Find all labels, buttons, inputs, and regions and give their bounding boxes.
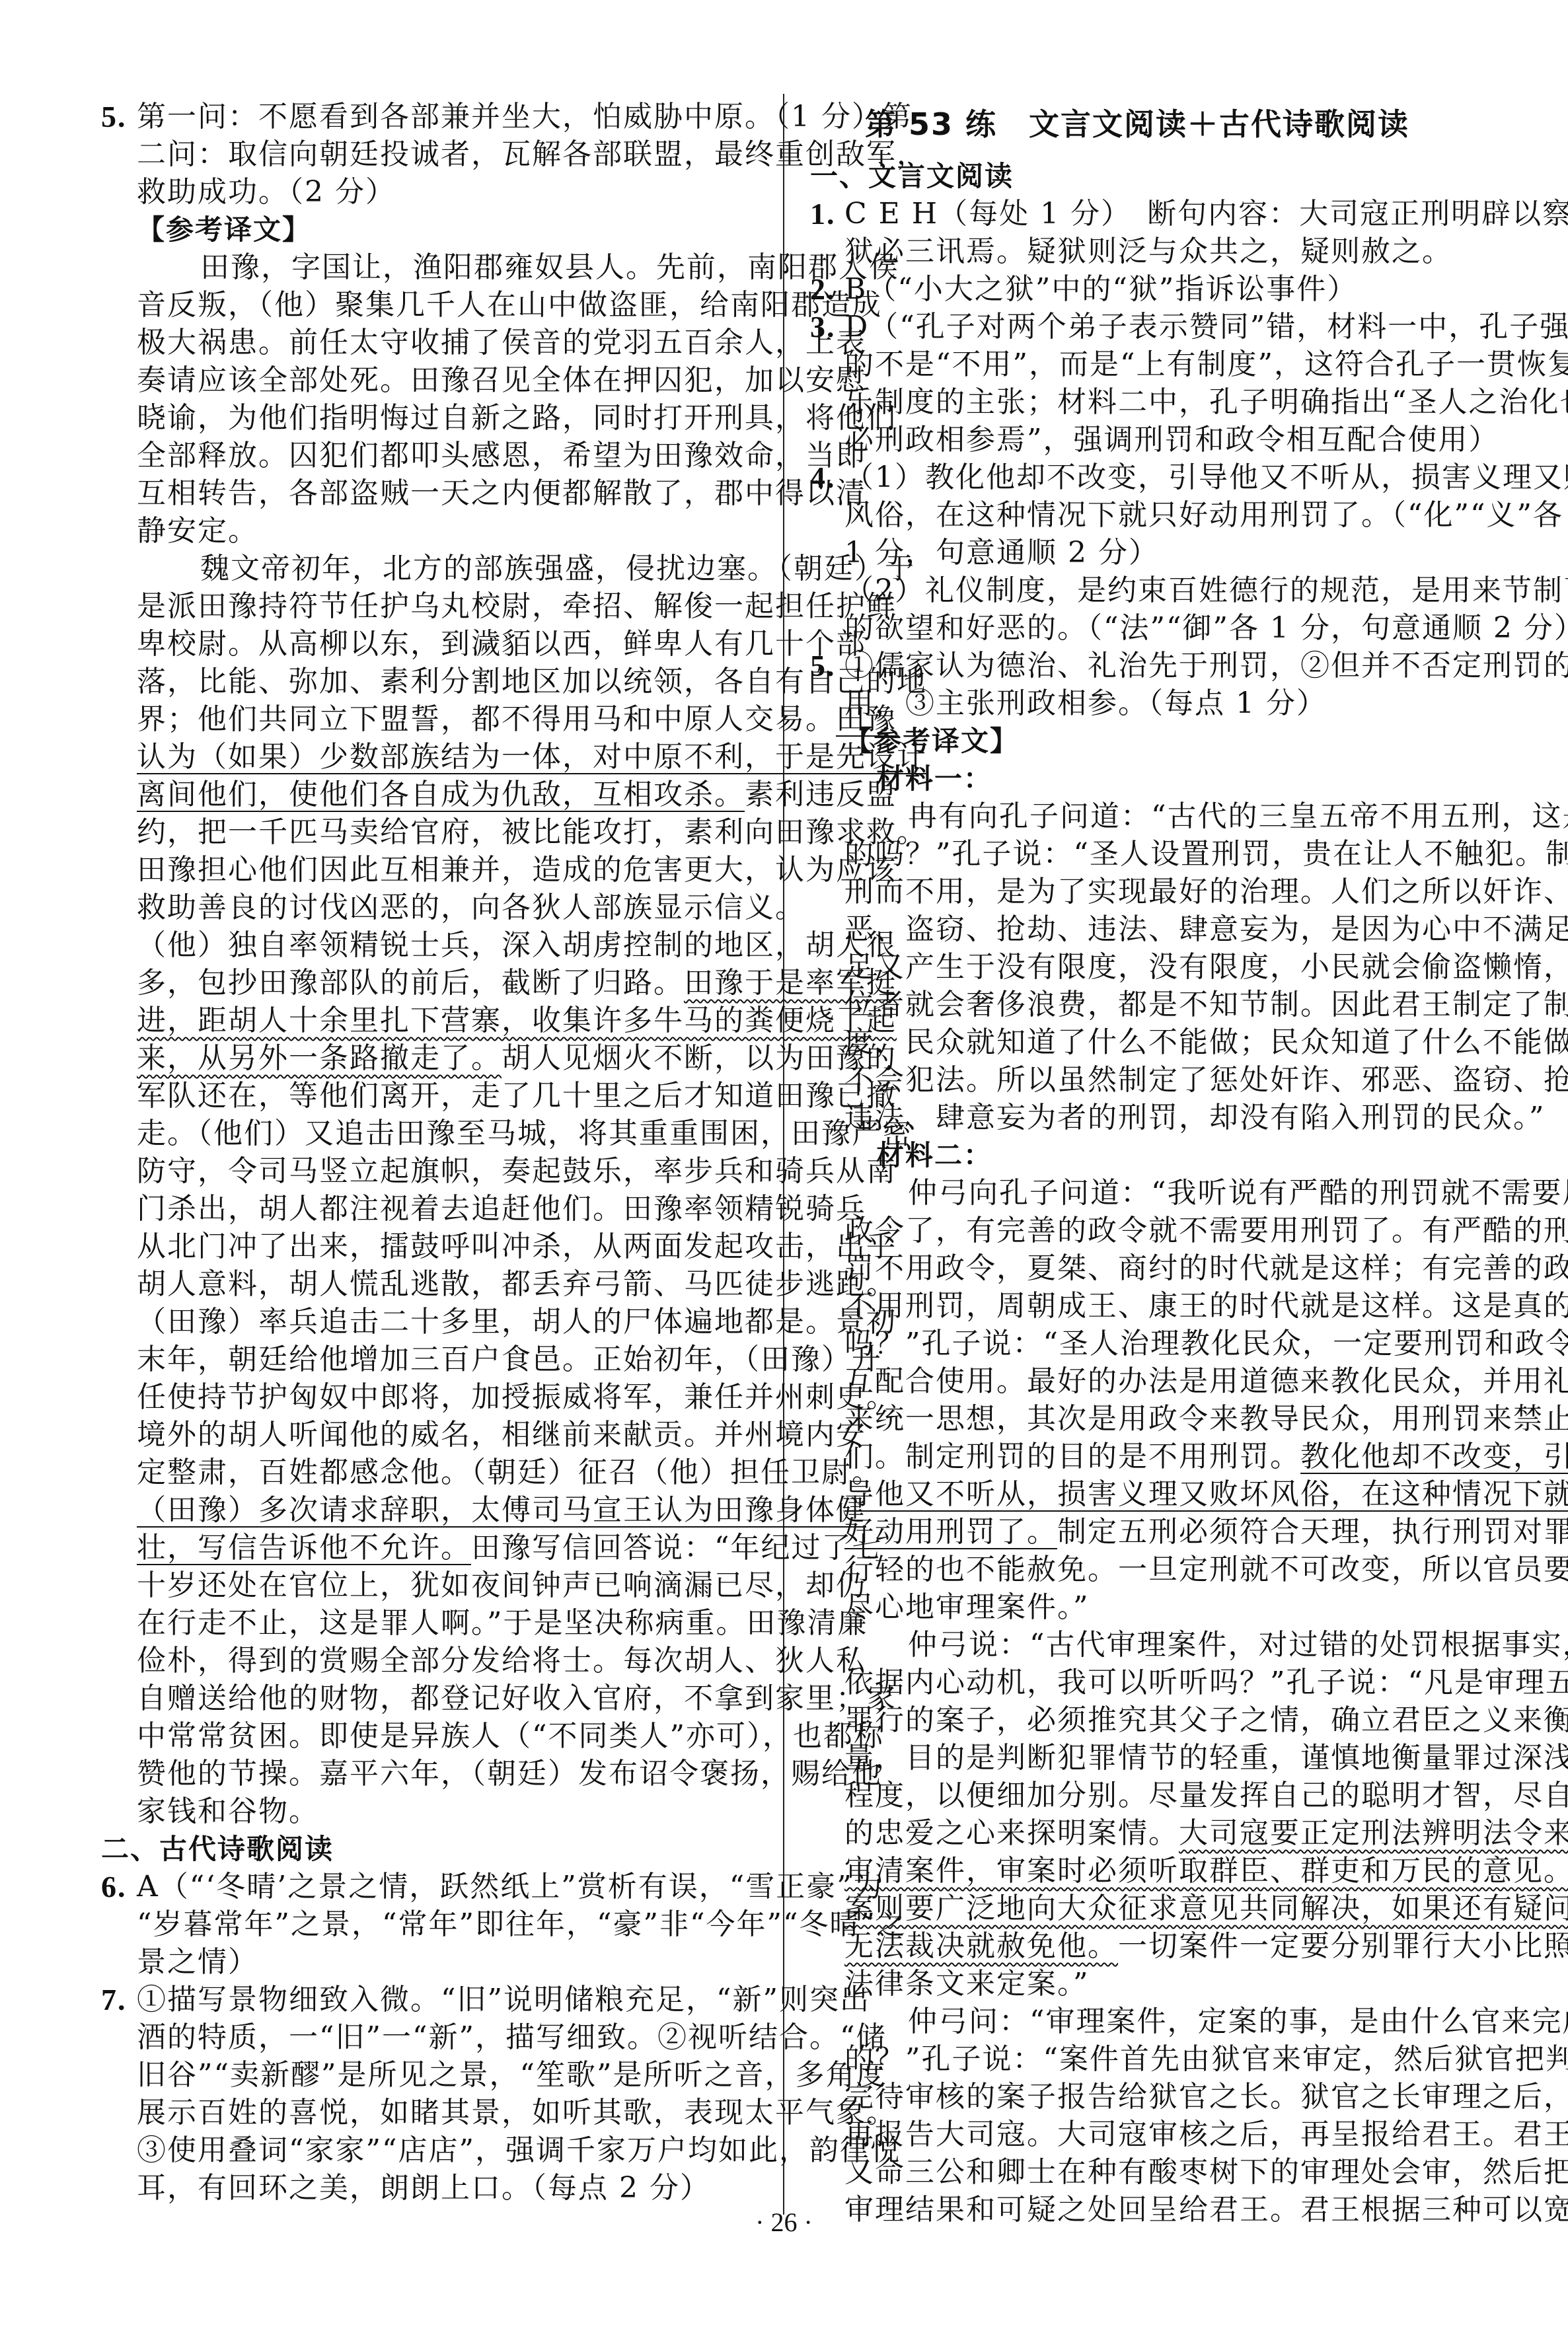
item-number: 4.	[810, 459, 836, 496]
text-segment: 防守，令司马竖立起旗帜，奏起鼓乐，率步兵和骑兵从南	[137, 1154, 897, 1188]
line-text: 无法裁决就赦免他。一切案件一定要分别罪行大小比照	[844, 1927, 1568, 1965]
text-segment: 互配合使用。最好的办法是用道德来教化民众，并用礼	[844, 1364, 1568, 1398]
text-segment: 违法、肆意妄为者的刑罚，却没有陷入刑罚的民众。”	[844, 1101, 1546, 1134]
line-text: 的忠爱之心来探明案情。大司寇要正定刑法辨明法令来	[844, 1814, 1568, 1852]
line-text: 展示百姓的喜悦，如睹其景，如听其歌，表现太平气象。	[137, 2094, 897, 2131]
translation-text: 田豫，字国让，渔阳郡雍奴县人。先前，南阳郡人侯音反叛，（他）聚集几千人在山中做盗…	[101, 248, 775, 1830]
line-text: 政令了，有完善的政令就不需要用刑罚了。有严酷的刑	[844, 1212, 1568, 1249]
practice-title: 第 53 练 文言文阅读＋古代诗歌阅读	[810, 98, 1464, 157]
page-number: · 26 ·	[0, 2207, 1568, 2238]
text-line: “岁暮常年”之景，“常年”即往年，“豪”非“今年”“冬晴”之	[101, 1905, 775, 1943]
line-text: 的欲望和好恶的。（“法”“御”各 1 分，句意通顺 2 分）	[844, 609, 1568, 647]
underlined-text: 导他又不听从，损害义理又败坏风俗，在这种情况下就只	[844, 1477, 1568, 1511]
material-1-label: 材料一：	[810, 760, 1464, 797]
text-line: 们。制定刑罚的目的是不用刑罚。教化他却不改变，引	[810, 1438, 1464, 1475]
text-line: 旧谷”“卖新醪”是所见之景，“笙歌”是所听之音，多角度	[101, 2056, 775, 2094]
text-line: 的吗？”孔子说：“圣人设置刑罚，贵在让人不触犯。制定五	[810, 835, 1464, 873]
answer-item-5: 5.第一问：不愿看到各部兼并坐大，怕威胁中原。（1 分）第二问：取信向朝廷投诚者…	[101, 98, 775, 211]
text-segment: 走。（他们）又追击田豫至马城，将其重重围困，田豫严密	[137, 1117, 913, 1150]
text-line: 仲弓问：“审理案件，定案的事，是由什么官来完成	[810, 2003, 1464, 2040]
text-segment: 定整肃，百姓都感念他。（朝廷）征召（他）担任卫尉。	[137, 1456, 882, 1489]
text-line: 互配合使用。最好的办法是用道德来教化民众，并用礼	[810, 1362, 1464, 1400]
text-line: 景之情）	[101, 1943, 775, 1981]
text-line: ③使用叠词“家家”“店店”，强调千家万户均如此，韵律悦	[101, 2131, 775, 2169]
line-text: ①描写景物细致入微。“旧”说明储粮充足，“新”则突出	[137, 1981, 870, 2018]
text-line: 是派田豫持符节任护乌丸校尉，牵招、解俊一起担任护鲜	[101, 587, 775, 625]
text-line: 程度，以便细加分别。尽量发挥自己的聪明才智，尽自己	[810, 1777, 1464, 1814]
text-line: 必刑政相参焉”，强调刑罚和政令相互配合使用）	[810, 421, 1464, 459]
underlined-text: （田豫）多次请求辞职，太傅司马宣王认为田豫身体健	[137, 1493, 866, 1527]
line-text: （1）教化他却不改变，引导他又不听从，损害义理又败坏	[844, 459, 1568, 496]
text-line: 法律条文来定案。”	[810, 1965, 1464, 2003]
text-line: 耳，有回环之美，朗朗上口。（每点 2 分）	[101, 2169, 775, 2207]
text-line: 1 分，句意通顺 2 分）	[810, 534, 1464, 572]
line-text: 进，距胡人十余里扎下营寨，收集许多牛马的粪便烧了起	[137, 1002, 897, 1039]
text-segment: 救助善良的讨伐凶恶的，向各狄人部族显示信义。	[137, 891, 805, 924]
text-line: 量，目的是判断犯罪情节的轻重，谨慎地衡量罪过深浅的	[810, 1739, 1464, 1777]
text-segment: 田豫，字国让，渔阳郡雍奴县人。先前，南阳郡人侯	[200, 250, 899, 284]
line-text: 不用刑罚，周朝成王、康王的时代就是这样。这是真的	[844, 1287, 1568, 1325]
line-text: 必刑政相参焉”，强调刑罚和政令相互配合使用）	[844, 421, 1499, 459]
text-line: 卑校尉。从高柳以东，到濊貊以西，鲜卑人有几十个部	[101, 625, 775, 663]
text-line: 任使持节护匈奴中郎将，加授振威将军，兼任并州刺史。	[101, 1378, 775, 1416]
text-line: 防守，令司马竖立起旗帜，奏起鼓乐，率步兵和骑兵从南	[101, 1152, 775, 1190]
text-segment: 程度，以便细加分别。尽量发挥自己的聪明才智，尽自己	[844, 1779, 1568, 1812]
item-number: 5.	[101, 98, 127, 135]
text-segment: 家钱和谷物。	[137, 1794, 319, 1828]
text-line: 度，民众就知道了什么不能做；民众知道了什么不能做就	[810, 1023, 1464, 1061]
text-segment: 是派田豫持符节任护乌丸校尉，牵招、解俊一起担任护鲜	[137, 589, 897, 623]
line-text: 定整肃，百姓都感念他。（朝廷）征召（他）担任卫尉。	[137, 1454, 882, 1491]
text-line: 落，比能、弥加、素利分割地区加以统领，各自有自己的地	[101, 663, 775, 700]
line-text: 十岁还处在官位上，犹如夜间钟声已响滴漏已尽，却仍	[137, 1567, 866, 1604]
line-text: 法律条文来定案。”	[844, 1965, 1090, 2003]
text-line: 仲弓向孔子问道：“我听说有严酷的刑罚就不需要用	[810, 1174, 1464, 1212]
text-segment: 仲弓向孔子问道：“我听说有严酷的刑罚就不需要用	[908, 1176, 1568, 1210]
text-line: 再报告大司寇。大司寇审核之后，再呈报给君王。君王	[810, 2116, 1464, 2153]
line-text: 尽心地审理案件。”	[844, 1588, 1090, 1626]
text-line: 仲弓说：“古代审理案件，对过错的处罚根据事实，不	[810, 1626, 1464, 1664]
text-segment: （田豫）率兵追击二十多里，胡人的尸体遍地都是。景初	[137, 1305, 897, 1339]
text-line: 来，从另外一条路撤走了。胡人见烟火不断，以为田豫的	[101, 1039, 775, 1077]
text-segment: 冉有向孔子问道：“古代的三皇五帝不用五刑，这是真	[908, 799, 1568, 833]
text-line: 家钱和谷物。	[101, 1792, 775, 1830]
text-line: 足又产生于没有限度，没有限度，小民就会偷盗懒惰，在上	[810, 948, 1464, 986]
wavy-underlined-text: 进，距胡人十余里扎下营寨，收集许多牛马的粪便烧了起	[137, 1004, 897, 1037]
text-line: 风俗，在这种情况下就只好动用刑罚了。（“化”“义”各	[810, 496, 1464, 534]
text-segment: 不用刑罚，周朝成王、康王的时代就是这样。这是真的	[844, 1289, 1568, 1323]
text-segment: 极大祸患。前任太守收捕了侯音的党羽五百余人，上表	[137, 326, 866, 359]
text-line: 位者就会奢侈浪费，都是不知节制。因此君王制定了制	[810, 986, 1464, 1023]
text-line: 魏文帝初年，北方的部族强盛，侵扰边塞。（朝廷）于	[101, 550, 775, 587]
line-text: 仲弓向孔子问道：“我听说有严酷的刑罚就不需要用	[908, 1174, 1568, 1212]
line-text: 的不是“不用”，而是“上有制度”，这符合孔子一贯恢复礼	[844, 346, 1568, 383]
text-segment: 度，民众就知道了什么不能做；民众知道了什么不能做就	[844, 1025, 1568, 1059]
text-segment: 任使持节护匈奴中郎将，加授振威将军，兼任并州刺史。	[137, 1380, 897, 1414]
text-line: 静安定。	[101, 512, 775, 550]
text-segment: 静安定。	[137, 514, 258, 548]
line-text: 静安定。	[137, 512, 258, 550]
line-text: 违法、肆意妄为者的刑罚，却没有陷入刑罚的民众。”	[844, 1099, 1546, 1136]
line-text: 风俗，在这种情况下就只好动用刑罚了。（“化”“义”各	[844, 496, 1563, 534]
line-text: 第一问：不愿看到各部兼并坐大，怕威胁中原。（1 分）第	[137, 98, 913, 135]
text-segment: 末年，朝廷给他增加三百户食邑。正始初年，（田豫）升	[137, 1343, 882, 1376]
text-line: 境外的胡人听闻他的威名，相继前来献贡。并州境内安	[101, 1416, 775, 1454]
text-segment: 依据内心动机，我可以听听吗？”孔子说：“凡是审理五种	[844, 1666, 1568, 1699]
text-line: 用，③主张刑政相参。（每点 1 分）	[810, 684, 1464, 722]
text-line: 音反叛，（他）聚集几千人在山中做盗匪，给南阳郡造成	[101, 286, 775, 324]
line-text: C E H（每处 1 分） 断句内容：大司寇正刑明辟以察狱，	[844, 195, 1568, 233]
text-line: 无法裁决就赦免他。一切案件一定要分别罪行大小比照	[810, 1927, 1464, 1965]
text-line: 俭朴，得到的赏赐全部分发给将士。每次胡人、狄人私	[101, 1642, 775, 1679]
text-segment: 罪行的案子，必须推究其父子之情，确立君臣之义来衡	[844, 1703, 1568, 1737]
line-text: ①儒家认为德治、礼治先于刑罚，②但并不否定刑罚的作	[844, 647, 1568, 684]
text-line: 行轻的也不能赦免。一旦定刑就不可改变，所以官员要	[810, 1551, 1464, 1588]
text-segment: 赞他的节操。嘉平六年，（朝廷）发布诏令褒扬，赐给他	[137, 1757, 882, 1790]
material-2-label: 材料二：	[810, 1136, 1464, 1174]
text-segment: 又命三公和卿士在种有酸枣树下的审理处会审，然后把	[844, 2155, 1568, 2189]
line-text: 旧谷”“卖新醪”是所见之景，“笙歌”是所听之音，多角度	[137, 2056, 886, 2094]
line-text: 狱必三讯焉。疑狱则泛与众共之，疑则赦之。	[844, 233, 1452, 270]
line-text: 全部释放。囚犯们都叩头感恩，希望为田豫效命，当即	[137, 437, 866, 474]
underlined-text: 好动用刑罚了。	[844, 1515, 1057, 1549]
text-line: 在行走不止，这是罪人啊。”于是坚决称病重。田豫清廉	[101, 1604, 775, 1642]
text-line: 壮，写信告诉他不允许。田豫写信回答说：“年纪过了七	[101, 1529, 775, 1567]
line-text: 中常常贫困。即使是异族人（“不同类人”亦可），也都称	[137, 1717, 884, 1755]
line-text: 卑校尉。从高柳以东，到濊貊以西，鲜卑人有几十个部	[137, 625, 866, 663]
line-text: 走。（他们）又追击田豫至马城，将其重重围困，田豫严密	[137, 1115, 913, 1152]
text-line: 狱必三讯焉。疑狱则泛与众共之，疑则赦之。	[810, 233, 1464, 270]
text-line: 5.第一问：不愿看到各部兼并坐大，怕威胁中原。（1 分）第	[101, 98, 775, 135]
material-1-text: 冉有向孔子问道：“古代的三皇五帝不用五刑，这是真的吗？”孔子说：“圣人设置刑罚，…	[810, 797, 1464, 1136]
text-line: 违法、肆意妄为者的刑罚，却没有陷入刑罚的民众。”	[810, 1099, 1464, 1136]
text-line: 救助成功。（2 分）	[101, 173, 775, 211]
text-segment: 恶、盗窃、抢劫、违法、肆意妄为，是因为心中不满足。不满	[844, 912, 1568, 946]
wavy-underlined-text: 无法裁决就赦免他。	[844, 1929, 1118, 1963]
text-segment: 门杀出，胡人都注视着去追赶他们。田豫率领精锐骑兵	[137, 1192, 866, 1226]
line-text: 多，包抄田豫部队的前后，截断了归路。田豫于是率军挺	[137, 964, 897, 1002]
text-segment: 军队还在，等他们离开，走了几十里之后才知道田豫已撤	[137, 1079, 897, 1113]
line-text: 耳，有回环之美，朗朗上口。（每点 2 分）	[137, 2169, 710, 2207]
answer-item-6: 6.A（“‘冬晴’之景之情，跃然纸上”赏析有误，“雪正豪”为“岁暮常年”之景，“…	[101, 1868, 775, 1981]
text-line: 完待审核的案子报告给狱官之长。狱官之长审理之后，	[810, 2078, 1464, 2116]
text-line: 胡人意料，胡人慌乱逃散，都丢弃弓箭、马匹徒步逃跑。	[101, 1265, 775, 1303]
text-line: （2）礼仪制度，是约束百姓德行的规范，是用来节制百姓	[810, 572, 1464, 609]
text-line: 7.①描写景物细致入微。“旧”说明储粮充足，“新”则突出	[101, 1981, 775, 2018]
text-segment: 魏文帝初年，北方的部族强盛，侵扰边塞。（朝廷）于	[200, 552, 915, 585]
line-text: 不会犯法。所以虽然制定了惩处奸诈、邪恶、盗窃、抢劫、	[844, 1061, 1568, 1099]
wavy-underlined-text: 来，从另外一条路撤走了。	[137, 1041, 502, 1075]
line-text: 足又产生于没有限度，没有限度，小民就会偷盗懒惰，在上	[844, 948, 1568, 986]
item-number: 5.	[810, 647, 836, 684]
line-text: 完待审核的案子报告给狱官之长。狱官之长审理之后，	[844, 2078, 1568, 2116]
line-text: 从北门冲了出来，擂鼓呼叫冲杀，从两面发起攻击，出乎	[137, 1228, 897, 1265]
line-text: 刑而不用，是为了实现最好的治理。人们之所以奸诈、邪	[844, 873, 1568, 910]
text-line: 酒的特质，一“旧”一“新”，描写细致。②视听结合。“储	[101, 2018, 775, 2056]
line-text: 落，比能、弥加、素利分割地区加以统领，各自有自己的地	[137, 663, 927, 700]
left-column: 5.第一问：不愿看到各部兼并坐大，怕威胁中原。（1 分）第二问：取信向朝廷投诚者…	[101, 98, 775, 2207]
line-text: B（“小大之狱”中的“狱”指诉讼事件）	[844, 270, 1357, 308]
text-line: 进，距胡人十余里扎下营寨，收集许多牛马的粪便烧了起	[101, 1002, 775, 1039]
item-number: 6.	[101, 1868, 127, 1905]
text-line: 二问：取信向朝廷投诚者，瓦解各部联盟，最终重创敌军，	[101, 135, 775, 173]
line-text: D（“孔子对两个弟子表示赞同”错，材料一中，孔子强调	[844, 308, 1568, 346]
line-text: 冉有向孔子问道：“古代的三皇五帝不用五刑，这是真	[908, 797, 1568, 835]
line-text: 胡人意料，胡人慌乱逃散，都丢弃弓箭、马匹徒步逃跑。	[137, 1265, 897, 1303]
line-text: 家钱和谷物。	[137, 1792, 319, 1830]
line-text: （田豫）率兵追击二十多里，胡人的尸体遍地都是。景初	[137, 1303, 897, 1341]
text-segment: 境外的胡人听闻他的威名，相继前来献贡。并州境内安	[137, 1418, 866, 1452]
line-text: 任使持节护匈奴中郎将，加授振威将军，兼任并州刺史。	[137, 1378, 897, 1416]
text-segment: 十岁还处在官位上，犹如夜间钟声已响滴漏已尽，却仍	[137, 1568, 866, 1602]
line-text: （2）礼仪制度，是约束百姓德行的规范，是用来节制百姓	[844, 572, 1568, 609]
text-segment: 的？”孔子说：“案件首先由狱官来审定，然后狱官把判决	[844, 2042, 1568, 2076]
line-text: ③使用叠词“家家”“店店”，强调千家万户均如此，韵律悦	[137, 2131, 901, 2169]
text-line: 3.D（“孔子对两个弟子表示赞同”错，材料一中，孔子强调	[810, 308, 1464, 346]
line-text: 境外的胡人听闻他的威名，相继前来献贡。并州境内安	[137, 1416, 866, 1454]
underlined-text: 离间他们，使他们各自成为仇敌，互相攻杀。	[137, 778, 745, 811]
line-text: 酒的特质，一“旧”一“新”，描写细致。②视听结合。“储	[137, 2018, 886, 2056]
line-text: 导他又不听从，损害义理又败坏风俗，在这种情况下就只	[844, 1475, 1568, 1513]
text-line: （田豫）多次请求辞职，太傅司马宣王认为田豫身体健	[101, 1491, 775, 1529]
text-line: 恶、盗窃、抢劫、违法、肆意妄为，是因为心中不满足。不满	[810, 910, 1464, 948]
text-line: （他）独自率领精锐士兵，深入胡虏控制的地区，胡人很	[101, 926, 775, 964]
text-line: 多，包抄田豫部队的前后，截断了归路。田豫于是率军挺	[101, 964, 775, 1002]
text-segment: 仲弓说：“古代审理案件，对过错的处罚根据事实，不	[908, 1628, 1568, 1662]
line-text: 俭朴，得到的赏赐全部分发给将士。每次胡人、狄人私	[137, 1642, 866, 1679]
text-segment: 自赠送给他的财物，都登记好收入官府，不拿到家里；家	[137, 1681, 897, 1715]
text-line: 赞他的节操。嘉平六年，（朝廷）发布诏令褒扬，赐给他	[101, 1755, 775, 1792]
text-segment: 法律条文来定案。”	[844, 1967, 1090, 2001]
text-line: 乐制度的主张；材料二中，孔子明确指出“圣人之治化也，	[810, 383, 1464, 421]
line-text: 互配合使用。最好的办法是用道德来教化民众，并用礼	[844, 1362, 1568, 1400]
text-line: 军队还在，等他们离开，走了几十里之后才知道田豫已撤	[101, 1077, 775, 1115]
answer-item-2: 2.B（“小大之狱”中的“狱”指诉讼事件）	[810, 270, 1464, 308]
material-2-text: 仲弓向孔子问道：“我听说有严酷的刑罚就不需要用政令了，有完善的政令就不需要用刑罚…	[810, 1174, 1464, 2229]
answer-key-page: 5.第一问：不愿看到各部兼并坐大，怕威胁中原。（1 分）第二问：取信向朝廷投诚者…	[0, 0, 1568, 2325]
text-line: 1.C E H（每处 1 分） 断句内容：大司寇正刑明辟以察狱，	[810, 195, 1464, 233]
line-text: 防守，令司马竖立起旗帜，奏起鼓乐，率步兵和骑兵从南	[137, 1152, 897, 1190]
text-segment: 完待审核的案子报告给狱官之长。狱官之长审理之后，	[844, 2080, 1568, 2114]
text-line: 全部释放。囚犯们都叩头感恩，希望为田豫效命，当即	[101, 437, 775, 474]
text-line: 罪行的案子，必须推究其父子之情，确立君臣之义来衡	[810, 1701, 1464, 1739]
text-segment: 再报告大司寇。大司寇审核之后，再呈报给君王。君王	[844, 2118, 1568, 2151]
text-segment: 卑校尉。从高柳以东，到濊貊以西，鲜卑人有几十个部	[137, 627, 866, 661]
text-segment: 刑而不用，是为了实现最好的治理。人们之所以奸诈、邪	[844, 875, 1568, 908]
line-text: 界；他们共同立下盟誓，都不得用马和中原人交易。田豫	[137, 700, 897, 738]
text-line: 认为（如果）少数部族结为一体，对中原不利，于是先设计	[101, 738, 775, 776]
line-text: 再报告大司寇。大司寇审核之后，再呈报给君王。君王	[844, 2116, 1568, 2153]
underlined-text: 教化他却不改变，引	[1300, 1440, 1568, 1473]
text-segment: 约，把一千匹马卖给官府，被比能攻打，素利向田豫求救。	[137, 815, 927, 849]
text-line: 的？”孔子说：“案件首先由狱官来审定，然后狱官把判决	[810, 2040, 1464, 2078]
underlined-text: 壮，写信告诉他不允许。	[137, 1531, 471, 1565]
line-text: 景之情）	[137, 1943, 258, 1981]
text-line: 约，把一千匹马卖给官府，被比能攻打，素利向田豫求救。	[101, 813, 775, 851]
text-line: 自赠送给他的财物，都登记好收入官府，不拿到家里；家	[101, 1679, 775, 1717]
line-text: （他）独自率领精锐士兵，深入胡虏控制的地区，胡人很	[137, 926, 897, 964]
answer-item-3: 3.D（“孔子对两个弟子表示赞同”错，材料一中，孔子强调的不是“不用”，而是“上…	[810, 308, 1464, 459]
text-line: 离间他们，使他们各自成为仇敌，互相攻杀。素利违反盟	[101, 776, 775, 813]
line-text: 军队还在，等他们离开，走了几十里之后才知道田豫已撤	[137, 1077, 897, 1115]
text-line: 不用刑罚，周朝成王、康王的时代就是这样。这是真的	[810, 1287, 1464, 1325]
wavy-underlined-text: 案则要广泛地向大众征求意见共同解决，如果还有疑问	[844, 1892, 1568, 1925]
line-text: 田豫，字国让，渔阳郡雍奴县人。先前，南阳郡人侯	[200, 248, 899, 286]
text-line: 的不是“不用”，而是“上有制度”，这符合孔子一贯恢复礼	[810, 346, 1464, 383]
answer-item-7: 7.①描写景物细致入微。“旧”说明储粮充足，“新”则突出酒的特质，一“旧”一“新…	[101, 1981, 775, 2207]
text-segment: 政令了，有完善的政令就不需要用刑罚了。有严酷的刑	[844, 1214, 1568, 1247]
text-line: 政令了，有完善的政令就不需要用刑罚了。有严酷的刑	[810, 1212, 1464, 1249]
text-line: 审清案件，审案时必须听取群臣、群吏和万民的意见。疑	[810, 1852, 1464, 1890]
text-line: 不会犯法。所以虽然制定了惩处奸诈、邪恶、盗窃、抢劫、	[810, 1061, 1464, 1099]
text-segment: 位者就会奢侈浪费，都是不知节制。因此君王制定了制	[844, 988, 1568, 1021]
line-text: 度，民众就知道了什么不能做；民众知道了什么不能做就	[844, 1023, 1568, 1061]
line-text: 奏请应该全部处死。田豫召见全体在押囚犯，加以安慰	[137, 361, 866, 399]
text-segment: 行轻的也不能赦免。一旦定刑就不可改变，所以官员要	[844, 1553, 1568, 1586]
line-text: 恶、盗窃、抢劫、违法、肆意妄为，是因为心中不满足。不满	[844, 910, 1568, 948]
line-text: 1 分，句意通顺 2 分）	[844, 534, 1159, 572]
text-line: 的忠爱之心来探明案情。大司寇要正定刑法辨明法令来	[810, 1814, 1464, 1852]
text-segment: （他）独自率领精锐士兵，深入胡虏控制的地区，胡人很	[137, 928, 897, 962]
text-line: 末年，朝廷给他增加三百户食邑。正始初年，（田豫）升	[101, 1341, 775, 1378]
text-segment: 来统一思想，其次是用政令来教导民众，用刑罚来禁止他	[844, 1402, 1568, 1436]
text-segment: 俭朴，得到的赏赐全部分发给将士。每次胡人、狄人私	[137, 1644, 866, 1678]
line-text: 救助善良的讨伐凶恶的，向各狄人部族显示信义。	[137, 889, 805, 926]
text-line: 展示百姓的喜悦，如睹其景，如听其歌，表现太平气象。	[101, 2094, 775, 2131]
text-line: 奏请应该全部处死。田豫召见全体在押囚犯，加以安慰	[101, 361, 775, 399]
text-segment: 不会犯法。所以虽然制定了惩处奸诈、邪恶、盗窃、抢劫、	[844, 1063, 1568, 1097]
line-text: 救助成功。（2 分）	[137, 173, 396, 211]
section-heading-poetry: 二、古代诗歌阅读	[101, 1830, 775, 1868]
line-text: 二问：取信向朝廷投诚者，瓦解各部联盟，最终重创敌军，	[137, 135, 927, 173]
text-line: 吗？”孔子说：“圣人治理教化民众，一定要刑罚和政令相	[810, 1325, 1464, 1362]
line-text: 自赠送给他的财物，都登记好收入官府，不拿到家里；家	[137, 1679, 897, 1717]
text-segment: 田豫担心他们因此互相兼并，造成的危害更大，认为应该	[137, 853, 897, 887]
line-text: 田豫担心他们因此互相兼并，造成的危害更大，认为应该	[137, 851, 897, 889]
line-text: 位者就会奢侈浪费，都是不知节制。因此君王制定了制	[844, 986, 1568, 1023]
line-text: 魏文帝初年，北方的部族强盛，侵扰边塞。（朝廷）于	[200, 550, 915, 587]
text-line: 中常常贫困。即使是异族人（“不同类人”亦可），也都称	[101, 1717, 775, 1755]
text-line: 互相转告，各部盗贼一天之内便都解散了，郡中得以清	[101, 474, 775, 512]
text-line: 又命三公和卿士在种有酸枣树下的审理处会审，然后把	[810, 2153, 1464, 2191]
text-line: 4.（1）教化他却不改变，引导他又不听从，损害义理又败坏	[810, 459, 1464, 496]
line-text: 互相转告，各部盗贼一天之内便都解散了，郡中得以清	[137, 474, 866, 512]
line-text: 好动用刑罚了。制定五刑必须符合天理，执行刑罚对罪	[844, 1513, 1568, 1551]
text-line: 导他又不听从，损害义理又败坏风俗，在这种情况下就只	[810, 1475, 1464, 1513]
line-text: 们。制定刑罚的目的是不用刑罚。教化他却不改变，引	[844, 1438, 1568, 1475]
text-segment: 界；他们共同立下盟誓，都不得用马和中原人交易。	[137, 702, 836, 736]
section-heading-classical-chinese: 一、文言文阅读	[810, 157, 1464, 195]
text-segment: 仲弓问：“审理案件，定案的事，是由什么官来完成	[908, 2005, 1568, 2038]
text-line: 晓谕，为他们指明悔过自新之路，同时打开刑具，将他们	[101, 399, 775, 437]
text-line: 定整肃，百姓都感念他。（朝廷）征召（他）担任卫尉。	[101, 1454, 775, 1491]
item-number: 1.	[810, 195, 836, 233]
text-segment: 奏请应该全部处死。田豫召见全体在押囚犯，加以安慰	[137, 363, 866, 397]
text-segment: 们。制定刑罚的目的是不用刑罚。	[844, 1440, 1300, 1473]
text-line: （田豫）率兵追击二十多里，胡人的尸体遍地都是。景初	[101, 1303, 775, 1341]
text-line: 田豫担心他们因此互相兼并，造成的危害更大，认为应该	[101, 851, 775, 889]
text-line: 界；他们共同立下盟誓，都不得用马和中原人交易。田豫	[101, 700, 775, 738]
text-line: 十岁还处在官位上，犹如夜间钟声已响滴漏已尽，却仍	[101, 1567, 775, 1604]
line-text: 又命三公和卿士在种有酸枣树下的审理处会审，然后把	[844, 2153, 1568, 2191]
wavy-underlined-text: 审清案件，审案时必须听取群臣、群吏和万民的意见。疑	[844, 1854, 1568, 1888]
line-text: “岁暮常年”之景，“常年”即往年，“豪”非“今年”“冬晴”之	[137, 1905, 907, 1943]
text-segment: 晓谕，为他们指明悔过自新之路，同时打开刑具，将他们	[137, 401, 897, 435]
text-segment: 罚不用政令，夏桀、商纣的时代就是这样；有完善的政令	[844, 1251, 1568, 1285]
line-text: 来统一思想，其次是用政令来教导民众，用刑罚来禁止他	[844, 1400, 1568, 1438]
line-text: 门杀出，胡人都注视着去追赶他们。田豫率领精锐骑兵	[137, 1190, 866, 1228]
text-line: 救助善良的讨伐凶恶的，向各狄人部族显示信义。	[101, 889, 775, 926]
line-text: 壮，写信告诉他不允许。田豫写信回答说：“年纪过了七	[137, 1529, 883, 1567]
line-text: 的吗？”孔子说：“圣人设置刑罚，贵在让人不触犯。制定五	[844, 835, 1568, 873]
line-text: 行轻的也不能赦免。一旦定刑就不可改变，所以官员要	[844, 1551, 1568, 1588]
text-segment: 尽心地审理案件。”	[844, 1590, 1090, 1624]
text-segment: 多，包抄田豫部队的前后，截断了归路。	[137, 966, 684, 1000]
line-text: 吗？”孔子说：“圣人治理教化民众，一定要刑罚和政令相	[844, 1325, 1568, 1362]
text-segment: 胡人意料，胡人慌乱逃散，都丢弃弓箭、马匹徒步逃跑。	[137, 1267, 897, 1301]
item-number: 2.	[810, 270, 836, 308]
text-segment: 互相转告，各部盗贼一天之内便都解散了，郡中得以清	[137, 476, 866, 510]
line-text: 在行走不止，这是罪人啊。”于是坚决称病重。田豫清廉	[137, 1604, 868, 1642]
line-text: 乐制度的主张；材料二中，孔子明确指出“圣人之治化也，	[844, 383, 1568, 421]
text-segment: 吗？”孔子说：“圣人治理教化民众，一定要刑罚和政令相	[844, 1327, 1568, 1360]
text-segment: 制定五刑必须符合天理，执行刑罚对罪	[1057, 1515, 1568, 1549]
line-text: 晓谕，为他们指明悔过自新之路，同时打开刑具，将他们	[137, 399, 897, 437]
text-line: 田豫，字国让，渔阳郡雍奴县人。先前，南阳郡人侯	[101, 248, 775, 286]
text-line: 案则要广泛地向大众征求意见共同解决，如果还有疑问	[810, 1890, 1464, 1927]
line-text: 依据内心动机，我可以听听吗？”孔子说：“凡是审理五种	[844, 1664, 1568, 1701]
line-text: 是派田豫持符节任护乌丸校尉，牵招、解俊一起担任护鲜	[137, 587, 897, 625]
text-line: 极大祸患。前任太守收捕了侯音的党羽五百余人，上表	[101, 324, 775, 361]
line-text: 音反叛，（他）聚集几千人在山中做盗匪，给南阳郡造成	[137, 286, 882, 324]
line-text: 来，从另外一条路撤走了。胡人见烟火不断，以为田豫的	[137, 1039, 897, 1077]
text-segment: 从北门冲了出来，擂鼓呼叫冲杀，从两面发起攻击，出乎	[137, 1230, 897, 1263]
item-number: 3.	[810, 308, 836, 346]
text-line: 好动用刑罚了。制定五刑必须符合天理，执行刑罚对罪	[810, 1513, 1464, 1551]
answer-item-5: 5.①儒家认为德治、礼治先于刑罚，②但并不否定刑罚的作用，③主张刑政相参。（每点…	[810, 647, 1464, 722]
text-segment: 足又产生于没有限度，没有限度，小民就会偷盗懒惰，在上	[844, 950, 1568, 984]
text-segment: 量，目的是判断犯罪情节的轻重，谨慎地衡量罪过深浅的	[844, 1741, 1568, 1775]
text-line: 从北门冲了出来，擂鼓呼叫冲杀，从两面发起攻击，出乎	[101, 1228, 775, 1265]
text-line: 走。（他们）又追击田豫至马城，将其重重围困，田豫严密	[101, 1115, 775, 1152]
line-text: 用，③主张刑政相参。（每点 1 分）	[844, 684, 1327, 722]
line-text: 末年，朝廷给他增加三百户食邑。正始初年，（田豫）升	[137, 1341, 882, 1378]
text-segment: 在行走不止，这是罪人啊。”于是坚决称病重。田豫清廉	[137, 1606, 868, 1640]
translation-heading: 【参考译文】	[810, 722, 1464, 760]
text-line: 门杀出，胡人都注视着去追赶他们。田豫率领精锐骑兵	[101, 1190, 775, 1228]
text-segment: 音反叛，（他）聚集几千人在山中做盗匪，给南阳郡造成	[137, 288, 882, 322]
right-column: 第 53 练 文言文阅读＋古代诗歌阅读 一、文言文阅读 1.C E H（每处 1…	[810, 98, 1464, 2229]
line-text: 的？”孔子说：“案件首先由狱官来审定，然后狱官把判决	[844, 2040, 1568, 2078]
text-line: 刑而不用，是为了实现最好的治理。人们之所以奸诈、邪	[810, 873, 1464, 910]
line-text: 仲弓说：“古代审理案件，对过错的处罚根据事实，不	[908, 1626, 1568, 1664]
text-segment: 中常常贫困。即使是异族人（“不同类人”亦可），也都称	[137, 1719, 884, 1753]
line-text: （田豫）多次请求辞职，太傅司马宣王认为田豫身体健	[137, 1491, 866, 1529]
text-line: 来统一思想，其次是用政令来教导民众，用刑罚来禁止他	[810, 1400, 1464, 1438]
text-line: 冉有向孔子问道：“古代的三皇五帝不用五刑，这是真	[810, 797, 1464, 835]
item-number: 7.	[101, 1981, 127, 2018]
underlined-text: 认为（如果）少数部族结为一体，对中原不利，于是先设计	[137, 740, 927, 774]
text-line: 2.B（“小大之狱”中的“狱”指诉讼事件）	[810, 270, 1464, 308]
text-line: 6.A（“‘冬晴’之景之情，跃然纸上”赏析有误，“雪正豪”为	[101, 1868, 775, 1905]
line-text: 离间他们，使他们各自成为仇敌，互相攻杀。素利违反盟	[137, 776, 897, 813]
answer-item-1: 1.C E H（每处 1 分） 断句内容：大司寇正刑明辟以察狱，狱必三讯焉。疑狱…	[810, 195, 1464, 270]
text-segment: 全部释放。囚犯们都叩头感恩，希望为田豫效命，当即	[137, 439, 866, 472]
text-segment: 一切案件一定要分别罪行大小比照	[1118, 1929, 1568, 1963]
line-text: 约，把一千匹马卖给官府，被比能攻打，素利向田豫求救。	[137, 813, 927, 851]
line-text: 认为（如果）少数部族结为一体，对中原不利，于是先设计	[137, 738, 927, 776]
wavy-underlined-text: 大司寇要正定刑法辨明法令来	[1179, 1816, 1568, 1850]
